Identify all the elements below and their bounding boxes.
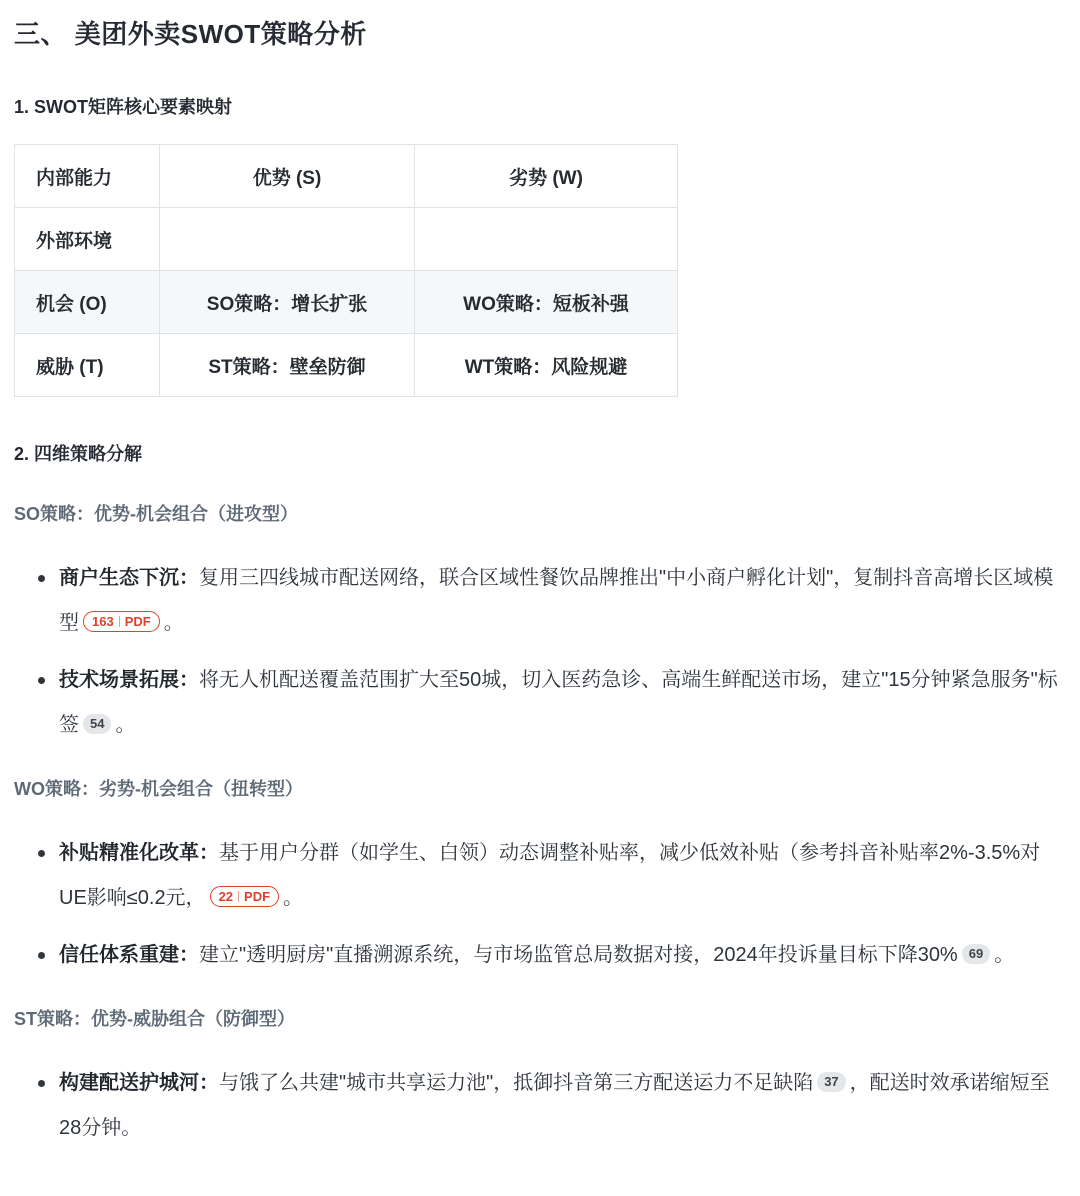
bullet-text: 。 bbox=[115, 714, 135, 736]
bullet-list: 补贴精准化改革：基于用户分群（如学生、白领）动态调整补贴率，减少低效补贴（参考抖… bbox=[38, 831, 1066, 978]
table-cell: 机会 (O) bbox=[15, 271, 160, 334]
reference-number: 163 bbox=[92, 614, 114, 629]
bullet-list: 商户生态下沉：复用三四线城市配送网络，联合区域性餐饮品牌推出"中小商户孵化计划"… bbox=[38, 556, 1066, 748]
document-page: 三、 美团外卖SWOT策略分析 1. SWOT矩阵核心要素映射 内部能力优势 (… bbox=[0, 18, 1080, 1151]
badge-divider bbox=[119, 616, 120, 627]
table-cell: WO策略：短板补强 bbox=[415, 271, 678, 334]
table-cell: 优势 (S) bbox=[160, 145, 415, 208]
list-item: 补贴精准化改革：基于用户分群（如学生、白领）动态调整补贴率，减少低效补贴（参考抖… bbox=[38, 831, 1066, 921]
reference-badge-pdf[interactable]: 22PDF bbox=[210, 886, 279, 907]
list-item: 信任体系重建：建立"透明厨房"直播溯源系统，与市场监管总局数据对接，2024年投… bbox=[38, 933, 1066, 978]
bullet-dot-icon bbox=[38, 677, 45, 684]
bullet-dot-icon bbox=[38, 850, 45, 857]
table-row: 威胁 (T)ST策略：壁垒防御WT策略：风险规避 bbox=[15, 334, 678, 397]
reference-badge[interactable]: 69 bbox=[962, 944, 990, 964]
table-cell bbox=[160, 208, 415, 271]
swot-table: 内部能力优势 (S)劣势 (W)外部环境机会 (O)SO策略：增长扩张WO策略：… bbox=[14, 144, 678, 397]
list-item: 技术场景拓展：将无人机配送覆盖范围扩大至50城，切入医药急诊、高端生鲜配送市场，… bbox=[38, 658, 1066, 748]
bullet-lead: 构建配送护城河： bbox=[59, 1072, 219, 1094]
bullet-text: 。 bbox=[994, 944, 1014, 966]
bullet-dot-icon bbox=[38, 1080, 45, 1087]
strategy-subsection: SO策略：优势-机会组合（进攻型）商户生态下沉：复用三四线城市配送网络，联合区域… bbox=[14, 503, 1066, 748]
reference-badge[interactable]: 54 bbox=[83, 714, 111, 734]
bullet-lead: 技术场景拓展： bbox=[59, 669, 199, 691]
reference-type-label: PDF bbox=[244, 889, 270, 904]
table-cell: 威胁 (T) bbox=[15, 334, 160, 397]
reference-badge-pdf[interactable]: 163PDF bbox=[83, 611, 160, 632]
badge-divider bbox=[238, 891, 239, 902]
bullet-lead: 商户生态下沉： bbox=[59, 567, 199, 589]
table-row: 机会 (O)SO策略：增长扩张WO策略：短板补强 bbox=[15, 271, 678, 334]
subsection-heading: WO策略：劣势-机会组合（扭转型） bbox=[14, 778, 1066, 800]
subsection-heading: SO策略：优势-机会组合（进攻型） bbox=[14, 503, 1066, 525]
strategy-subsection: WO策略：劣势-机会组合（扭转型）补贴精准化改革：基于用户分群（如学生、白领）动… bbox=[14, 778, 1066, 978]
bullet-text: 建立"透明厨房"直播溯源系统，与市场监管总局数据对接，2024年投诉量目标下降3… bbox=[199, 944, 958, 966]
table-cell: 外部环境 bbox=[15, 208, 160, 271]
bullet-text: 与饿了么共建"城市共享运力池"，抵御抖音第三方配送运力不足缺陷 bbox=[219, 1072, 813, 1094]
subsection-heading: ST策略：优势-威胁组合（防御型） bbox=[14, 1008, 1066, 1030]
reference-type-label: PDF bbox=[125, 614, 151, 629]
bullet-list: 构建配送护城河：与饿了么共建"城市共享运力池"，抵御抖音第三方配送运力不足缺陷3… bbox=[38, 1061, 1066, 1151]
bullet-dot-icon bbox=[38, 575, 45, 582]
bullet-text: 复用三四线城市配送网络，联合区域性餐饮品牌推出"中小商户孵化计划"，复制抖音高增… bbox=[59, 567, 1053, 634]
strategy-subsections: SO策略：优势-机会组合（进攻型）商户生态下沉：复用三四线城市配送网络，联合区域… bbox=[14, 503, 1066, 1151]
bullet-text: 。 bbox=[283, 887, 303, 909]
bullet-text: 将无人机配送覆盖范围扩大至50城，切入医药急诊、高端生鲜配送市场，建立"15分钟… bbox=[59, 669, 1058, 736]
list-item: 商户生态下沉：复用三四线城市配送网络，联合区域性餐饮品牌推出"中小商户孵化计划"… bbox=[38, 556, 1066, 646]
table-cell: ST策略：壁垒防御 bbox=[160, 334, 415, 397]
table-cell: 内部能力 bbox=[15, 145, 160, 208]
reference-number: 22 bbox=[219, 889, 233, 904]
swot-table-body: 内部能力优势 (S)劣势 (W)外部环境机会 (O)SO策略：增长扩张WO策略：… bbox=[15, 145, 678, 397]
table-cell: 劣势 (W) bbox=[415, 145, 678, 208]
table-row: 外部环境 bbox=[15, 208, 678, 271]
table-cell: WT策略：风险规避 bbox=[415, 334, 678, 397]
bullet-lead: 补贴精准化改革： bbox=[59, 842, 219, 864]
reference-badge[interactable]: 37 bbox=[817, 1072, 845, 1092]
table-cell: SO策略：增长扩张 bbox=[160, 271, 415, 334]
page-title: 三、 美团外卖SWOT策略分析 bbox=[14, 18, 1066, 50]
bullet-text: 。 bbox=[164, 612, 184, 634]
list-item: 构建配送护城河：与饿了么共建"城市共享运力池"，抵御抖音第三方配送运力不足缺陷3… bbox=[38, 1061, 1066, 1151]
table-row: 内部能力优势 (S)劣势 (W) bbox=[15, 145, 678, 208]
strategy-subsection: ST策略：优势-威胁组合（防御型）构建配送护城河：与饿了么共建"城市共享运力池"… bbox=[14, 1008, 1066, 1151]
section1-heading: 1. SWOT矩阵核心要素映射 bbox=[14, 96, 1066, 118]
section2-heading: 2. 四维策略分解 bbox=[14, 443, 1066, 465]
bullet-lead: 信任体系重建： bbox=[59, 944, 199, 966]
table-cell bbox=[415, 208, 678, 271]
bullet-dot-icon bbox=[38, 952, 45, 959]
